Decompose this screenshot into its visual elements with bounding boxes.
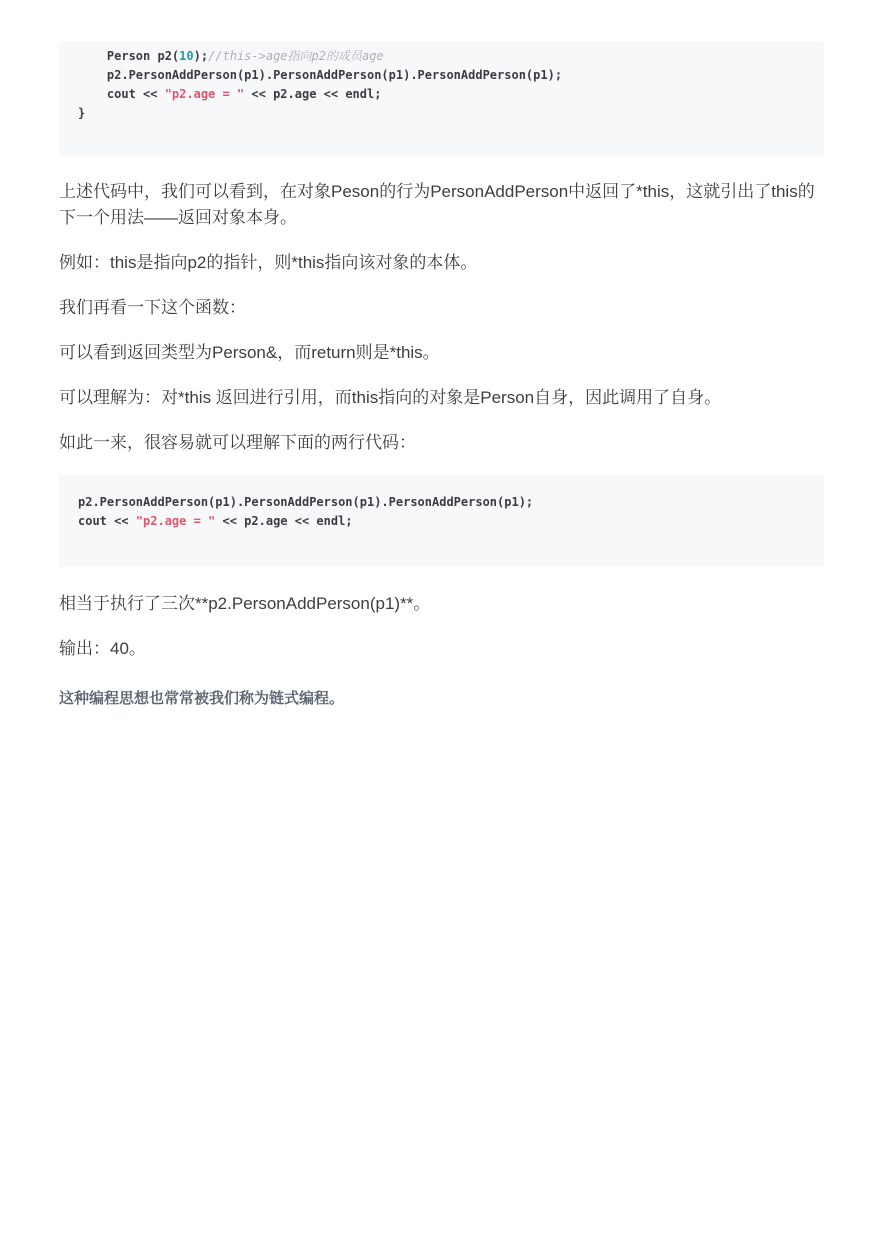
code-line: cout << "p2.age = " << p2.age << endl; (78, 85, 804, 104)
code-token-plain: p2.PersonAddPerson(p1).PersonAddPerson(p… (78, 68, 562, 82)
code-line: p2.PersonAddPerson(p1).PersonAddPerson(p… (78, 493, 804, 512)
code-token-string: "p2.age = " (136, 514, 215, 528)
code-token-plain: cout << (78, 87, 165, 101)
paragraph-intro-two-lines: 如此一来，很容易就可以理解下面的两行代码： (59, 430, 824, 456)
code-token-plain: p2.PersonAddPerson(p1).PersonAddPerson(p… (78, 495, 533, 509)
code-token-plain: << p2.age << endl; (215, 514, 352, 528)
code-token-plain: Person p2( (78, 49, 179, 63)
code-block-chained-call: p2.PersonAddPerson(p1).PersonAddPerson(p… (59, 475, 824, 567)
paragraph-example-this-pointer: 例如：this是指向p2的指针，则*this指向该对象的本体。 (59, 250, 824, 276)
code-line: cout << "p2.age = " << p2.age << endl; (78, 512, 804, 531)
code-token-plain: } (78, 106, 85, 120)
code-token-string: "p2.age = " (165, 87, 244, 101)
paragraph-code-analysis: 上述代码中，我们可以看到，在对象Peson的行为PersonAddPerson中… (59, 179, 824, 231)
paragraph-chained-programming-note: 这种编程思想也常常被我们称为链式编程。 (59, 688, 824, 710)
code-token-plain: << p2.age << endl; (244, 87, 381, 101)
paragraph-output-value: 输出：40。 (59, 636, 824, 662)
paragraph-return-type: 可以看到返回类型为Person&，而return则是*this。 (59, 340, 824, 366)
paragraph-look-at-function: 我们再看一下这个函数： (59, 295, 824, 321)
code-token-plain: cout << (78, 514, 136, 528)
code-line: Person p2(10);//this->age指向p2的成员age (78, 47, 804, 66)
code-block-cpp-example: Person p2(10);//this->age指向p2的成员age p2.P… (59, 42, 824, 155)
code-line: p2.PersonAddPerson(p1).PersonAddPerson(p… (78, 66, 804, 85)
article-content: Person p2(10);//this->age指向p2的成员age p2.P… (0, 0, 884, 710)
code-token-plain: ); (194, 49, 208, 63)
paragraph-executed-three-times: 相当于执行了三次**p2.PersonAddPerson(p1)**。 (59, 591, 824, 617)
code-token-number: 10 (179, 49, 193, 63)
paragraph-understanding-this: 可以理解为：对*this 返回进行引用，而this指向的对象是Person自身，… (59, 385, 824, 411)
code-token-comment: //this->age指向p2的成员age (208, 49, 384, 63)
code-line: } (78, 104, 804, 123)
